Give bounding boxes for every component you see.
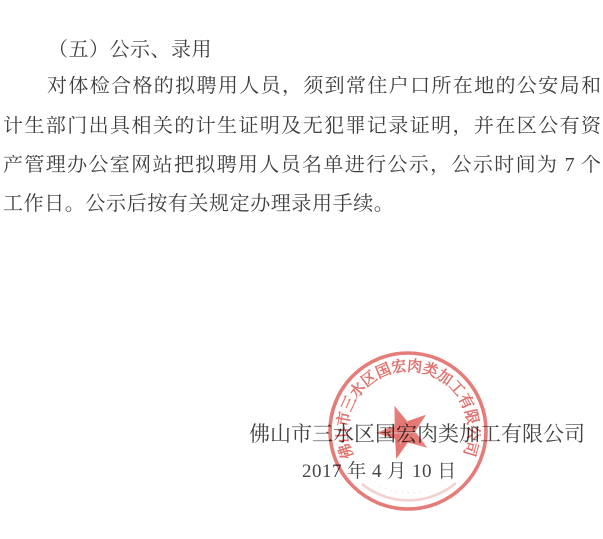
document-page: （五）公示、录用 对体检合格的拟聘用人员，须到常住户口所在地的公安局和 计生部门…: [0, 0, 603, 539]
section-heading: （五）公示、录用: [48, 40, 212, 62]
paragraph-line: 对体检合格的拟聘用人员，须到常住户口所在地的公安局和: [47, 76, 601, 102]
paragraph-line: 产管理办公室网站把拟聘用人员名单进行公示，公示时间为 7 个: [3, 155, 601, 181]
paragraph-line: 计生部门出具相关的计生证明及无犯罪记录证明，并在区公有资: [3, 116, 601, 142]
seal-serial-marks-container: ········: [378, 484, 426, 497]
seal-serial-marks: ········: [378, 484, 426, 497]
company-signature: 佛山市三水区国宏肉类加工有限公司: [249, 423, 585, 446]
seal-ring-smudge: [362, 483, 456, 500]
paragraph-line: 工作日。公示后按有关规定办理录用手续。: [3, 194, 394, 216]
date-signature: 2017 年 4 月 10 日: [302, 462, 457, 483]
